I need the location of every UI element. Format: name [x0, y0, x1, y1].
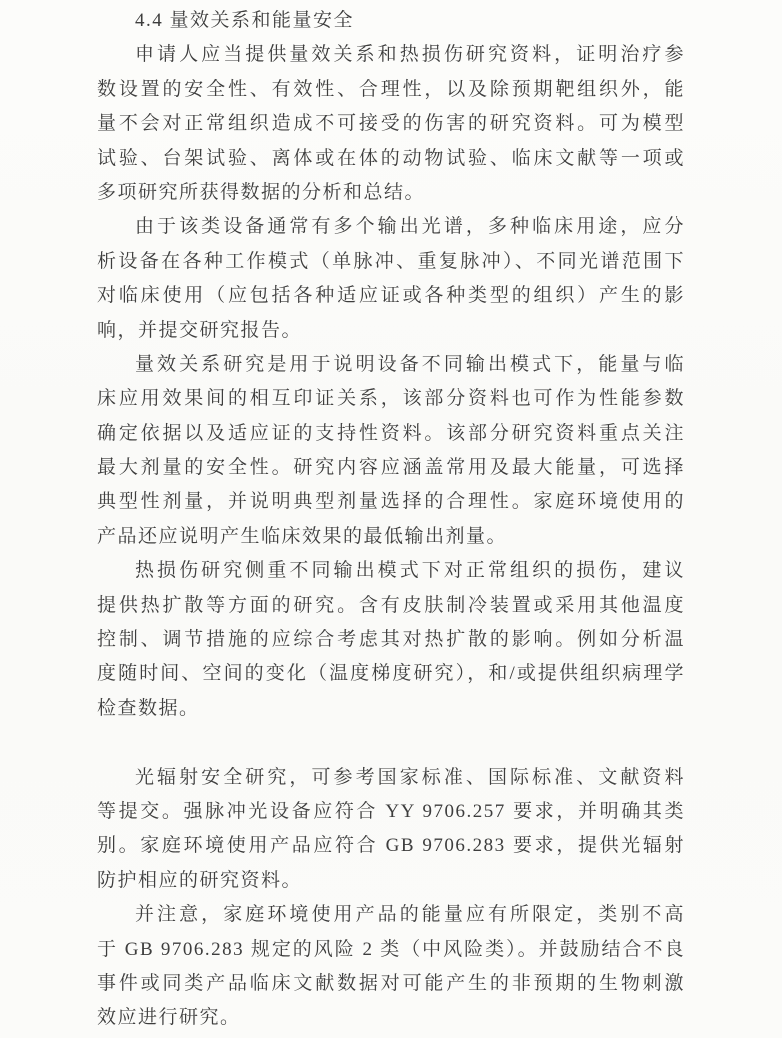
text-line: 床应用效果间的相互印证关系，该部分资料也可作为性能参数 [97, 382, 685, 416]
text-line: 检查数据。 [97, 692, 685, 726]
paragraph: 量效关系研究是用于说明设备不同输出模式下，能量与临床应用效果间的相互印证关系，该… [97, 348, 685, 554]
text-line: 效应进行研究。 [97, 1001, 685, 1035]
paragraphs-container: 申请人应当提供量效关系和热损伤研究资料，证明治疗参数设置的安全性、有效性、合理性… [97, 38, 685, 1035]
text-line: 对临床使用（应包括各种适应证或各种类型的组织）产生的影 [97, 279, 685, 313]
paragraph: 热损伤研究侧重不同输出模式下对正常组织的损伤，建议提供热扩散等方面的研究。含有皮… [97, 554, 685, 726]
text-line: 别。家庭环境使用产品应符合 GB 9706.283 要求，提供光辐射 [97, 829, 685, 863]
text-line: 典型性剂量，并说明典型剂量选择的合理性。家庭环境使用的 [97, 485, 685, 519]
text-line: 析设备在各种工作模式（单脉冲、重复脉冲）、不同光谱范围下 [97, 245, 685, 279]
text-line: 由于该类设备通常有多个输出光谱，多种临床用途，应分 [97, 210, 685, 244]
text-line: 热损伤研究侧重不同输出模式下对正常组织的损伤，建议 [97, 554, 685, 588]
text-line: 于 GB 9706.283 规定的风险 2 类（中风险类）。并鼓励结合不良 [97, 933, 685, 967]
text-line: 光辐射安全研究，可参考国家标准、国际标准、文献资料 [97, 761, 685, 795]
blank-line [97, 726, 685, 760]
text-line: 防护相应的研究资料。 [97, 864, 685, 898]
text-line: 并注意，家庭环境使用产品的能量应有所限定，类别不高 [97, 898, 685, 932]
text-line: 试验、台架试验、离体或在体的动物试验、临床文献等一项或 [97, 142, 685, 176]
text-line: 等提交。强脉冲光设备应符合 YY 9706.257 要求，并明确其类 [97, 795, 685, 829]
text-line: 申请人应当提供量效关系和热损伤研究资料，证明治疗参 [97, 38, 685, 72]
paragraph: 由于该类设备通常有多个输出光谱，多种临床用途，应分析设备在各种工作模式（单脉冲、… [97, 210, 685, 348]
document-body: 4.4 量效关系和能量安全 申请人应当提供量效关系和热损伤研究资料，证明治疗参数… [97, 4, 685, 1036]
text-line: 度随时间、空间的变化（温度梯度研究），和/或提供组织病理学 [97, 657, 685, 691]
text-line: 控制、调节措施的应综合考虑其对热扩散的影响。例如分析温 [97, 623, 685, 657]
text-line: 量效关系研究是用于说明设备不同输出模式下，能量与临 [97, 348, 685, 382]
document-page: 4.4 量效关系和能量安全 申请人应当提供量效关系和热损伤研究资料，证明治疗参数… [0, 0, 782, 1038]
text-line: 产品还应说明产生临床效果的最低输出剂量。 [97, 520, 685, 554]
paragraph: 光辐射安全研究，可参考国家标准、国际标准、文献资料等提交。强脉冲光设备应符合 Y… [97, 761, 685, 899]
paragraph: 申请人应当提供量效关系和热损伤研究资料，证明治疗参数设置的安全性、有效性、合理性… [97, 38, 685, 210]
section-heading: 4.4 量效关系和能量安全 [97, 4, 685, 38]
text-line: 事件或同类产品临床文献数据对可能产生的非预期的生物刺激 [97, 967, 685, 1001]
text-line: 确定依据以及适应证的支持性资料。该部分研究资料重点关注 [97, 417, 685, 451]
paragraph: 并注意，家庭环境使用产品的能量应有所限定，类别不高于 GB 9706.283 规… [97, 898, 685, 1036]
text-line: 数设置的安全性、有效性、合理性，以及除预期靶组织外，能 [97, 73, 685, 107]
text-line: 最大剂量的安全性。研究内容应涵盖常用及最大能量，可选择 [97, 451, 685, 485]
text-line: 提供热扩散等方面的研究。含有皮肤制冷装置或采用其他温度 [97, 589, 685, 623]
text-line: 多项研究所获得数据的分析和总结。 [97, 176, 685, 210]
text-line: 响，并提交研究报告。 [97, 314, 685, 348]
text-line: 量不会对正常组织造成不可接受的伤害的研究资料。可为模型 [97, 107, 685, 141]
